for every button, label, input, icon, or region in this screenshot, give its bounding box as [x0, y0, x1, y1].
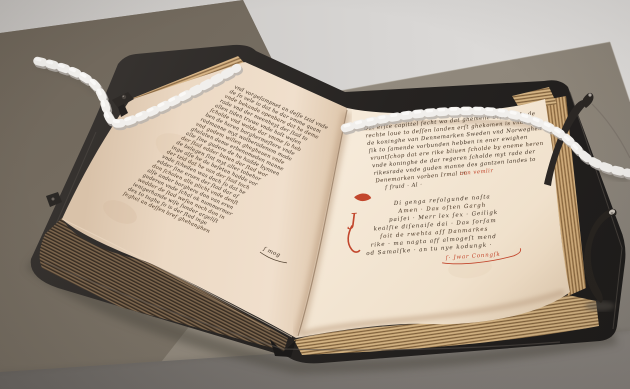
photo-vignette	[0, 0, 630, 389]
photo-of-open-manuscript: vnd vorgeſampnet an deſſe tzid vnde de ſ…	[0, 0, 630, 389]
